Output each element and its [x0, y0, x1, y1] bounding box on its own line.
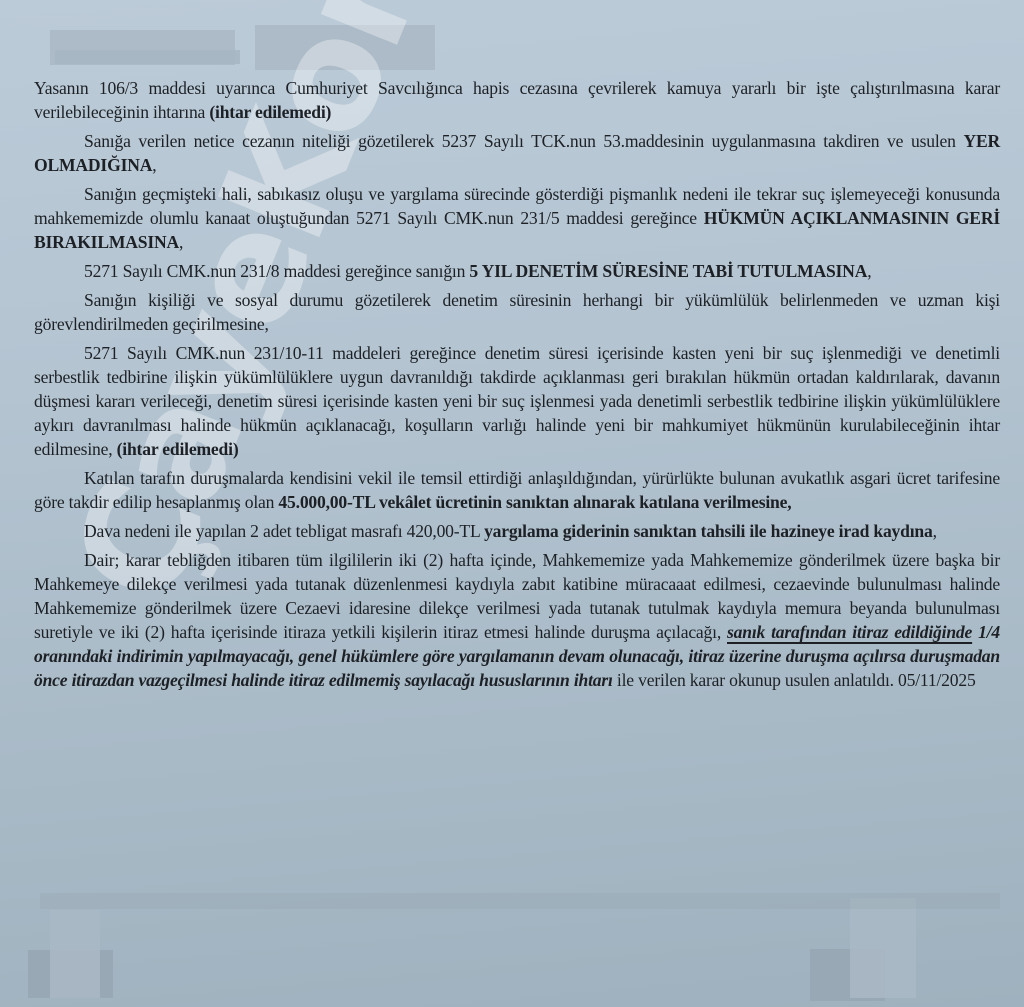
redaction-footer-right-top	[850, 898, 916, 998]
redaction-header-right	[255, 25, 435, 70]
text-run: Dava nedeni ile yapılan 2 adet tebligat …	[84, 521, 484, 541]
paragraph: Yasanın 106/3 maddesi uyarınca Cumhuriye…	[34, 76, 1000, 124]
document-body: Yasanın 106/3 maddesi uyarınca Cumhuriye…	[34, 76, 1000, 692]
text-run: (ihtar edilemedi)	[117, 439, 239, 459]
paragraph: 5271 Sayılı CMK.nun 231/8 maddesi gereği…	[34, 259, 1000, 283]
text-run: ,	[179, 232, 183, 252]
text-run: (ihtar edilemedi)	[209, 102, 331, 122]
redaction-footer-left-top	[50, 910, 100, 998]
text-run: ile verilen karar okunup usulen anlatıld…	[613, 670, 976, 690]
paragraph: 5271 Sayılı CMK.nun 231/10-11 maddeleri …	[34, 341, 1000, 461]
text-run: 5 YIL DENETİM SÜRESİNE TABİ TUTULMASINA	[469, 261, 867, 281]
text-run: Sanığın kişiliği ve sosyal durumu gözeti…	[34, 290, 1000, 334]
paragraph: Sanığın geçmişteki hali, sabıkasız oluşu…	[34, 182, 1000, 254]
text-run: Sanığa verilen netice cezanın niteliği g…	[84, 131, 963, 151]
text-run: sanık tarafından itiraz edildiğinde	[727, 622, 972, 642]
paragraph: Sanığın kişiliği ve sosyal durumu gözeti…	[34, 288, 1000, 336]
text-run: ,	[867, 261, 871, 281]
text-run: 5271 Sayılı CMK.nun 231/8 maddesi gereği…	[84, 261, 469, 281]
reverse-side-show-through	[40, 893, 1000, 909]
text-run: yargılama giderinin sanıktan tahsili ile…	[484, 521, 933, 541]
paragraph: Sanığa verilen netice cezanın niteliği g…	[34, 129, 1000, 177]
paragraph: Dair; karar tebliğden itibaren tüm ilgil…	[34, 548, 1000, 692]
text-run: 45.000,00-TL vekâlet ücretinin sanıktan …	[278, 492, 791, 512]
text-run: Yasanın 106/3 maddesi uyarınca Cumhuriye…	[34, 78, 1000, 122]
paragraph: Katılan tarafın duruşmalarda kendisini v…	[34, 466, 1000, 514]
redaction-header-left-bar	[55, 50, 240, 64]
text-run: ,	[933, 521, 937, 541]
text-run: ,	[152, 155, 156, 175]
paragraph: Dava nedeni ile yapılan 2 adet tebligat …	[34, 519, 1000, 543]
